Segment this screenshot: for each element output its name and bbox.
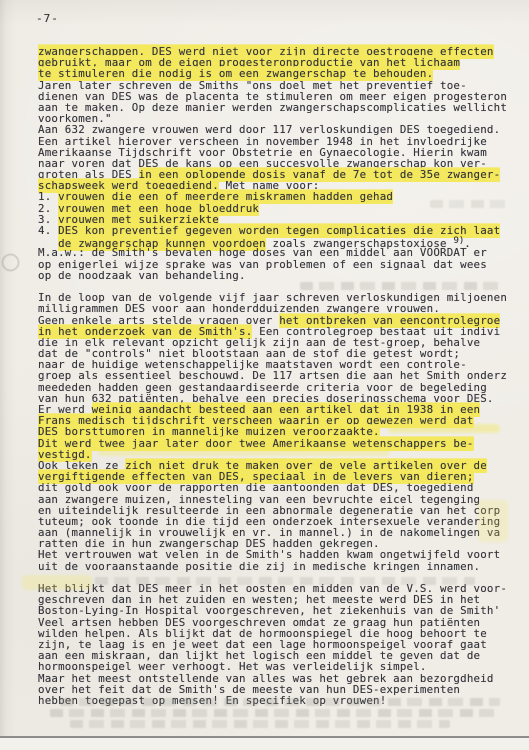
text-line: groep als essentieel beschouwd. De 117 a… [38,370,518,381]
bleedthrough-text [60,698,500,706]
bleedthrough-text [95,577,475,585]
bleedthrough-text [50,709,500,717]
text-body: zwangerschappen. DES werd niet voor zijn… [38,46,518,706]
text-line: 4. DES kon preventief gegeven worden teg… [38,225,518,236]
bleedthrough-text [300,282,500,290]
highlighter-smudge [478,500,508,542]
highlighter-smudge [388,424,500,433]
bleedthrough-text [430,200,510,208]
bleedthrough-text [70,720,450,728]
page-number: -7- [36,12,59,25]
scanned-document-page: -7- zwangerschappen. DES werd niet voor … [0,0,529,750]
text-line: Een artikel hierover verscheen in novemb… [38,136,518,147]
text-line: M.a.w.: de Smith's bevalen hoge doses va… [38,247,518,258]
text-line: aan zwangere muizen, innesteling van een… [38,494,518,505]
text-line: Het vertrouwen wat velen in de Smith's h… [38,549,518,560]
highlight: DES kon preventief gegeven worden tegen … [58,224,500,237]
hole-punch-mark [2,254,19,271]
text-line: te stimuleren die nodig is om een zwange… [38,68,518,79]
highlighter-smudge [22,575,92,590]
text-line: hormoonspeigel weer verhoogt. Het was ve… [38,661,518,672]
text-line: op de noodzaak van behandeling. [38,270,518,281]
text-line: Boston-Lying-In Hospital voorgeschreven,… [38,605,518,616]
highlighter-smudge [98,447,390,456]
text-line: dit gold ook voor de rapporten die aanto… [38,482,518,493]
text-line: uit de vooraanstaande positie die zij in… [38,561,518,572]
scan-edge-strip [0,738,529,750]
text-line: Maar het meest ontstellende van alles wa… [38,673,518,684]
text-line: Aan 632 zwangere vrouwen werd door 117 v… [38,124,518,135]
